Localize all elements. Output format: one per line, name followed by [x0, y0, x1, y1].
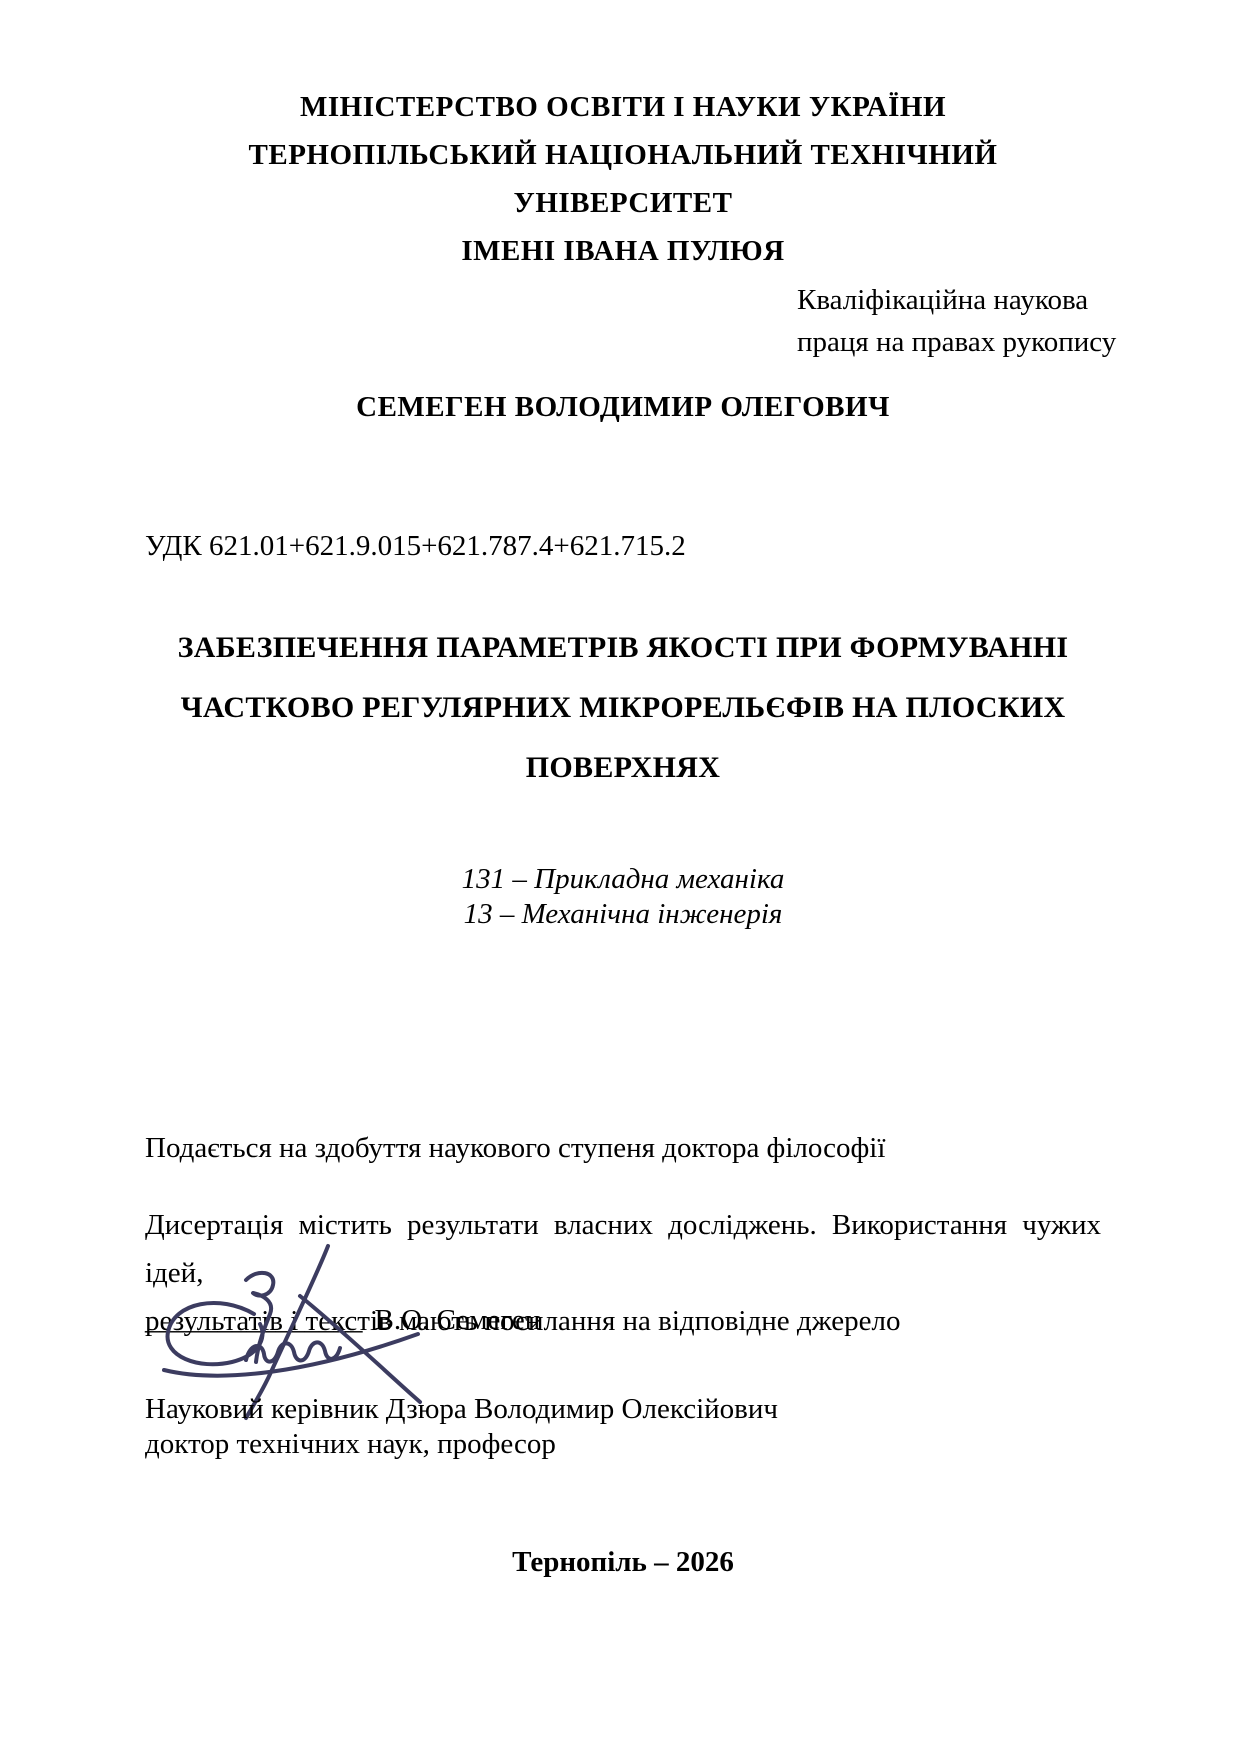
supervisor-block: Науковий керівник Дзюра Володимир Олексі… — [145, 1392, 1101, 1462]
ministry-name: МІНІСТЕРСТВО ОСВІТИ І НАУКИ УКРАЇНИ — [145, 83, 1101, 131]
university-name: ТЕРНОПІЛЬСЬКИЙ НАЦІОНАЛЬНИЙ ТЕХНІЧНИЙ УН… — [145, 131, 1101, 227]
manuscript-note-line1: Кваліфікаційна наукова — [797, 279, 1116, 321]
dissertation-title-page: МІНІСТЕРСТВО ОСВІТИ І НАУКИ УКРАЇНИ ТЕРН… — [0, 0, 1241, 1755]
signature-line: _______________ — [145, 1304, 363, 1336]
manuscript-rights-note: Кваліфікаційна наукова праця на правах р… — [797, 279, 1116, 363]
author-name: СЕМЕГЕН ВОЛОДИМИР ОЛЕГОВИЧ — [145, 389, 1101, 425]
ministry-header: МІНІСТЕРСТВО ОСВІТИ І НАУКИ УКРАЇНИ ТЕРН… — [145, 83, 1101, 275]
specialty-code: 131 – Прикладна механіка — [145, 862, 1101, 897]
title-line1: ЗАБЕЗПЕЧЕННЯ ПАРАМЕТРІВ ЯКОСТІ ПРИ ФОРМУ… — [140, 618, 1106, 678]
university-name-continued: ІМЕНІ ІВАНА ПУЛЮЯ — [145, 227, 1101, 275]
dissertation-title: ЗАБЕЗПЕЧЕННЯ ПАРАМЕТРІВ ЯКОСТІ ПРИ ФОРМУ… — [140, 618, 1106, 798]
integrity-statement-line1: Дисертація містить результати власних до… — [145, 1201, 1101, 1297]
udc-classification: УДК 621.01+621.9.015+621.787.4+621.715.2 — [145, 528, 686, 564]
title-line3: ПОВЕРХНЯХ — [140, 738, 1106, 798]
supervisor-degree: доктор технічних наук, професор — [145, 1427, 1101, 1462]
city-year: Тернопіль – 2026 — [145, 1544, 1101, 1580]
manuscript-note-line2: праця на правах рукопису — [797, 321, 1116, 363]
specialty-field: 13 – Механічна інженерія — [145, 897, 1101, 932]
specialty-block: 131 – Прикладна механіка 13 – Механічна … — [145, 862, 1101, 932]
signature-row: _______________В.О. Семеген — [145, 1302, 540, 1338]
supervisor-name: Науковий керівник Дзюра Володимир Олексі… — [145, 1392, 1101, 1427]
signature-author-initials: В.О. Семеген — [375, 1304, 541, 1336]
submission-note: Подається на здобуття наукового ступеня … — [145, 1130, 1101, 1166]
title-line2: ЧАСТКОВО РЕГУЛЯРНИХ МІКРОРЕЛЬЄФІВ НА ПЛО… — [140, 678, 1106, 738]
